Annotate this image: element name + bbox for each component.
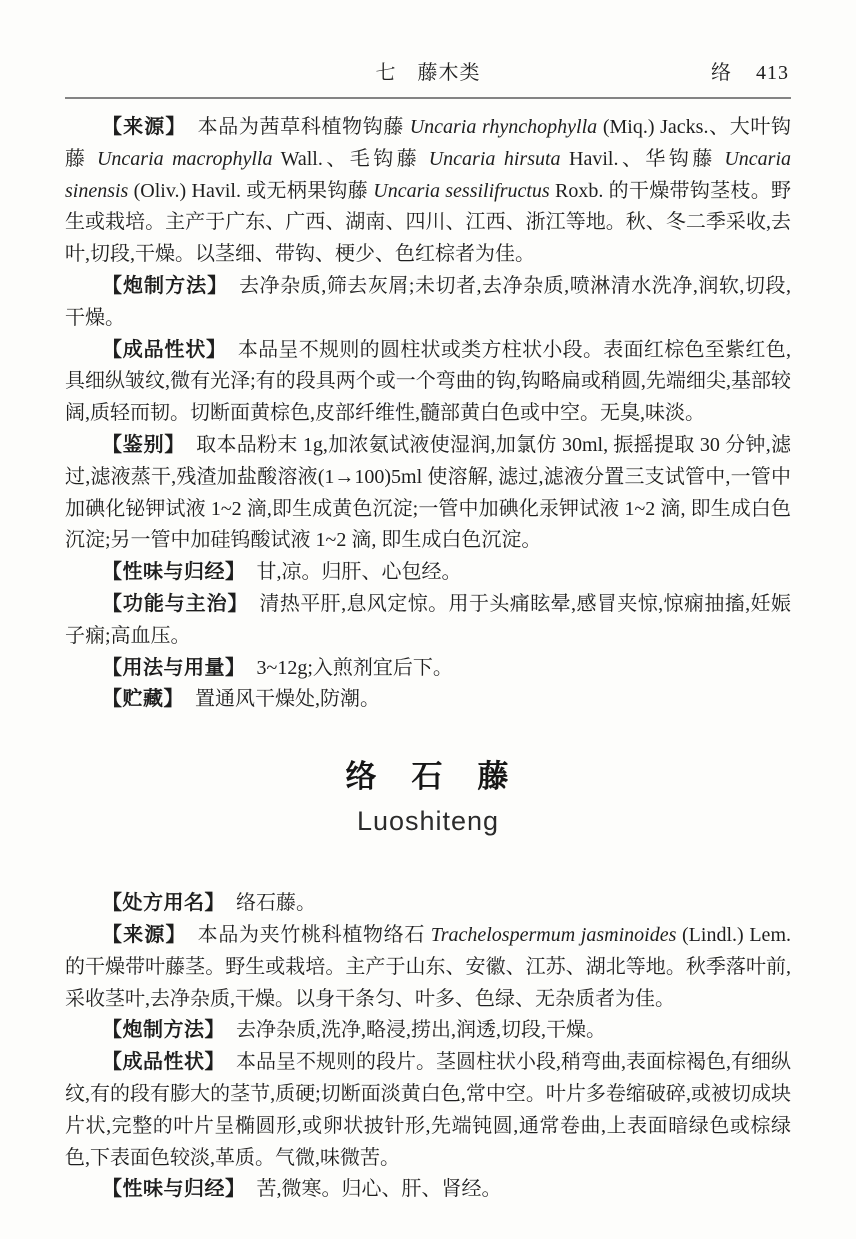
entry-label: 【来源】 xyxy=(102,116,187,138)
entry-label: 【性味与归经】 xyxy=(102,561,246,583)
page-corner: 络 413 xyxy=(711,58,789,88)
entry-label: 【处方用名】 xyxy=(102,892,225,914)
entry-paragraph: 【成品性状】本品呈不规则的圆柱状或类方柱状小段。表面红棕色至紫红色,具细纵皱纹,… xyxy=(65,335,791,430)
entry-label: 【成品性状】 xyxy=(102,1051,225,1073)
entry-label: 【鉴别】 xyxy=(102,434,185,456)
entry-paragraph: 【贮藏】置通风干燥处,防潮。 xyxy=(65,684,791,716)
section-gouteng-continued: 【来源】本品为茜草科植物钩藤 Uncaria rhynchophylla (Mi… xyxy=(65,112,791,716)
monograph-title-pinyin: Luoshiteng xyxy=(65,804,791,838)
page-header: 七 藤木类 络 413 xyxy=(65,0,791,99)
latin-botanical-name: Uncaria hirsuta xyxy=(429,148,561,170)
latin-botanical-name: Uncaria sessilifructus xyxy=(373,180,549,202)
entry-paragraph: 【鉴别】取本品粉末 1g,加浓氨试液使湿润,加氯仿 30ml, 振摇提取 30 … xyxy=(65,430,791,557)
book-page: 七 藤木类 络 413 【来源】本品为茜草科植物钩藤 Uncaria rhync… xyxy=(0,0,856,1239)
entry-paragraph: 【性味与归经】甘,凉。归肝、心包经。 xyxy=(65,557,791,589)
latin-botanical-name: Uncaria macrophylla xyxy=(97,148,273,170)
entry-paragraph: 【炮制方法】去净杂质,洗净,略浸,捞出,润透,切段,干燥。 xyxy=(65,1015,791,1047)
entry-text: 苦,微寒。归心、肝、肾经。 xyxy=(257,1178,502,1200)
entry-label: 【炮制方法】 xyxy=(102,275,228,297)
entry-text: 本品为茜草科植物钩藤 xyxy=(198,116,410,138)
monograph-title-block: 络 石 藤 Luoshiteng xyxy=(65,757,791,838)
latin-botanical-name: Trachelospermum jasminoides xyxy=(431,924,677,946)
entry-text: 去净杂质,洗净,略浸,捞出,润透,切段,干燥。 xyxy=(236,1019,606,1041)
running-head-row: 七 藤木类 络 413 xyxy=(65,58,791,88)
index-character: 络 xyxy=(711,62,732,84)
entry-paragraph: 【来源】本品为夹竹桃科植物络石 Trachelospermum jasminoi… xyxy=(65,920,791,1015)
entry-label: 【性味与归经】 xyxy=(102,1178,246,1200)
entry-label: 【炮制方法】 xyxy=(102,1019,225,1041)
entry-text: Havil.、华钩藤 xyxy=(561,148,725,170)
page-number: 413 xyxy=(756,62,789,84)
entry-label: 【贮藏】 xyxy=(102,688,184,710)
entry-paragraph: 【性味与归经】苦,微寒。归心、肝、肾经。 xyxy=(65,1174,791,1206)
entry-label: 【来源】 xyxy=(102,924,187,946)
entry-paragraph: 【成品性状】本品呈不规则的段片。茎圆柱状小段,稍弯曲,表面棕褐色,有细纵纹,有的… xyxy=(65,1047,791,1174)
latin-botanical-name: Uncaria rhynchophylla xyxy=(410,116,597,138)
chapter-running-head: 七 藤木类 xyxy=(65,58,791,88)
monograph-title-chinese: 络 石 藤 xyxy=(65,757,791,797)
section-luoshiteng: 【处方用名】络石藤。【来源】本品为夹竹桃科植物络石 Trachelospermu… xyxy=(65,888,791,1206)
entry-label: 【用法与用量】 xyxy=(102,657,246,679)
entry-text: 本品为夹竹桃科植物络石 xyxy=(198,924,431,946)
header-rule xyxy=(65,97,791,99)
entry-text: Wall.、毛钩藤 xyxy=(272,148,428,170)
entry-text: 甘,凉。归肝、心包经。 xyxy=(257,561,462,583)
entry-paragraph: 【功能与主治】清热平肝,息风定惊。用于头痛眩晕,感冒夹惊,惊痫抽搐,妊娠子痫;高… xyxy=(65,589,791,653)
entry-paragraph: 【用法与用量】3~12g;入煎剂宜后下。 xyxy=(65,653,791,685)
entry-paragraph: 【炮制方法】去净杂质,筛去灰屑;未切者,去净杂质,喷淋清水洗净,润软,切段,干燥… xyxy=(65,271,791,335)
entry-text: 络石藤。 xyxy=(236,892,316,914)
monograph-body: 【来源】本品为茜草科植物钩藤 Uncaria rhynchophylla (Mi… xyxy=(65,99,791,1206)
entry-paragraph: 【来源】本品为茜草科植物钩藤 Uncaria rhynchophylla (Mi… xyxy=(65,112,791,271)
entry-text: (Oliv.) Havil. 或无柄果钩藤 xyxy=(128,180,373,202)
entry-label: 【功能与主治】 xyxy=(102,593,248,615)
entry-paragraph: 【处方用名】络石藤。 xyxy=(65,888,791,920)
entry-label: 【成品性状】 xyxy=(102,339,227,361)
entry-text: 置通风干燥处,防潮。 xyxy=(195,688,380,710)
entry-text: 3~12g;入煎剂宜后下。 xyxy=(257,657,453,679)
